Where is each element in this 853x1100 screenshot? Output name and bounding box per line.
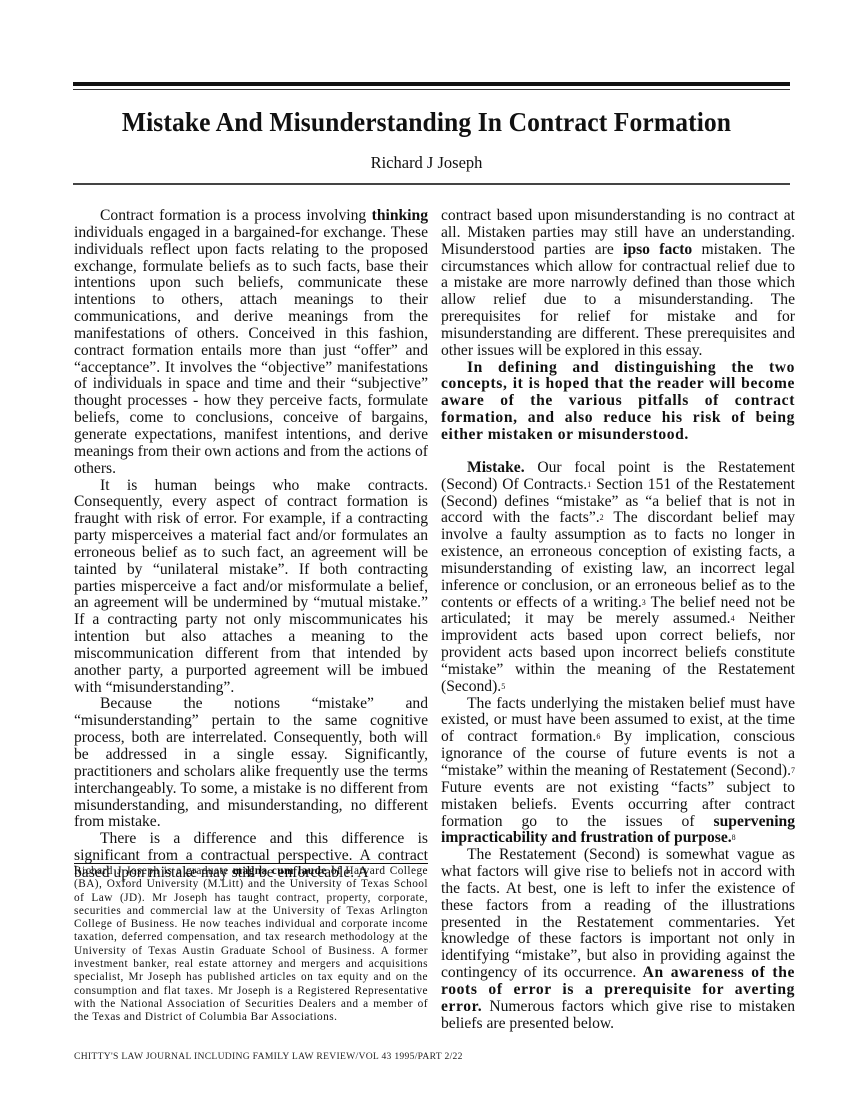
right-column: contract based upon misunderstanding is …: [441, 208, 795, 1033]
footnote-ref-8[interactable]: 8: [732, 833, 736, 842]
paragraph-interrelated: Because the notions “mistake” and “misun…: [74, 696, 428, 831]
footnote-ref-5[interactable]: 5: [501, 682, 505, 691]
article-author: Richard J Joseph: [0, 153, 853, 173]
left-column: Contract formation is a process involvin…: [74, 208, 428, 882]
paragraph-mistake-definition: Mistake. Our focal point is the Restatem…: [441, 460, 795, 696]
section-heading-mistake: Mistake.: [467, 459, 525, 476]
paragraph-existing-facts: The facts underlying the mistaken belief…: [441, 696, 795, 848]
paragraph-error-risk: It is human beings who make contracts. C…: [74, 478, 428, 697]
emphasis-thinking: thinking: [372, 207, 428, 224]
footnote-ref-7[interactable]: 7: [791, 766, 795, 775]
emphasis-magna-cum-laude: magna cum laude: [233, 865, 327, 877]
author-footnote: Richard J Joseph is a graduate magna cum…: [74, 865, 428, 1025]
paragraph-gap: [441, 444, 795, 460]
journal-footer: CHITTY'S LAW JOURNAL INCLUDING FAMILY LA…: [74, 1051, 463, 1062]
title-rule: [73, 183, 790, 185]
paragraph-purpose-bold: In defining and distinguishing the two c…: [441, 360, 795, 444]
header-rule-thick: [73, 82, 790, 86]
paragraph-intro: Contract formation is a process involvin…: [74, 208, 428, 478]
footnote-rule: [74, 863, 428, 864]
paragraph-restatement-vague: The Restatement (Second) is somewhat vag…: [441, 847, 795, 1032]
paragraph-continuation: contract based upon misunderstanding is …: [441, 208, 795, 360]
article-title: Mistake And Misunderstanding In Contract…: [30, 106, 823, 138]
emphasis-ipso-facto: ipso facto: [623, 241, 692, 258]
header-rule-thin: [73, 89, 790, 90]
